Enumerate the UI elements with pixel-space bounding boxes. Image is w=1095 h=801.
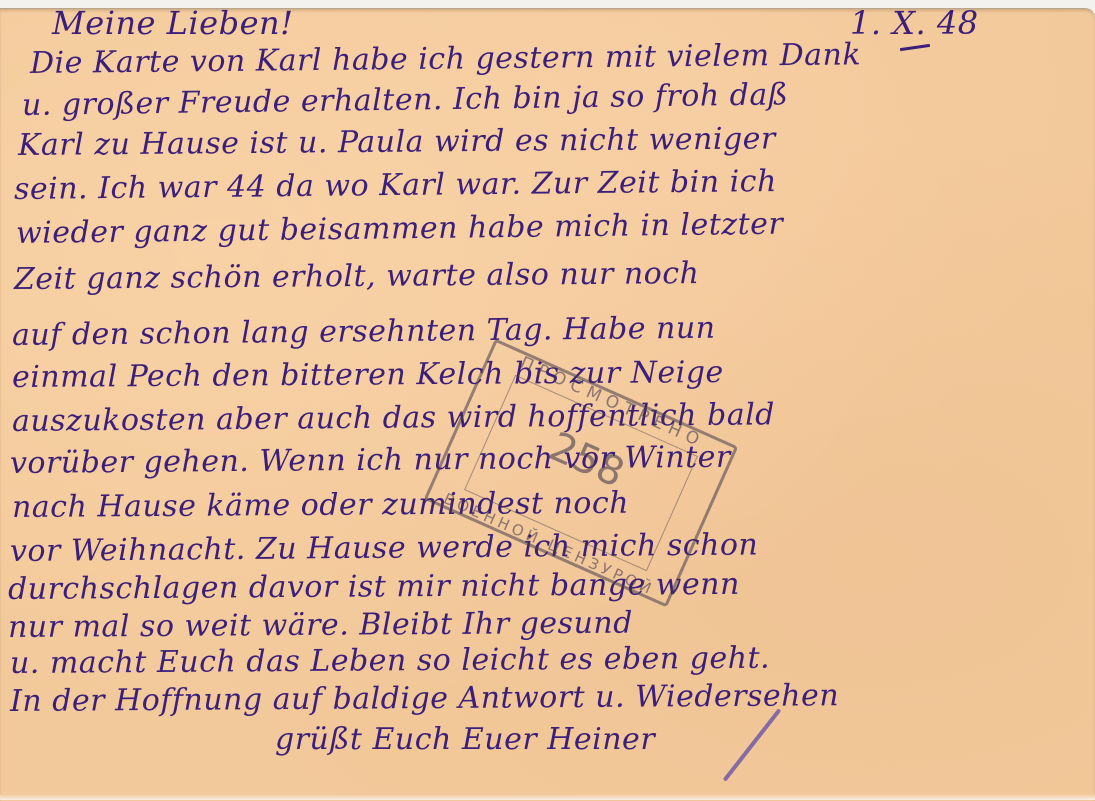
letter-date: 1. X. 48 xyxy=(850,4,979,42)
salutation: Meine Lieben! xyxy=(52,4,293,42)
letter-line-14: nur mal so weit wäre. Bleibt Ihr gesund xyxy=(8,606,633,645)
letter-line-3: Karl zu Hause ist u. Paula wird es nicht… xyxy=(18,121,776,163)
letter-line-8: einmal Pech den bitteren Kelch bis zur N… xyxy=(12,355,724,395)
letter-line-7: auf den schon lang ersehnten Tag. Habe n… xyxy=(12,311,716,353)
paper-bottom-edge xyxy=(0,794,1095,800)
letter-closing: grüßt Euch Euer Heiner xyxy=(275,722,655,757)
letter-line-15: u. macht Euch das Leben so leicht es ebe… xyxy=(10,641,770,681)
letter-line-6: Zeit ganz schön erholt, warte also nur n… xyxy=(14,256,700,297)
letter-line-16: In der Hoffnung auf baldige Antwort u. W… xyxy=(10,678,839,719)
